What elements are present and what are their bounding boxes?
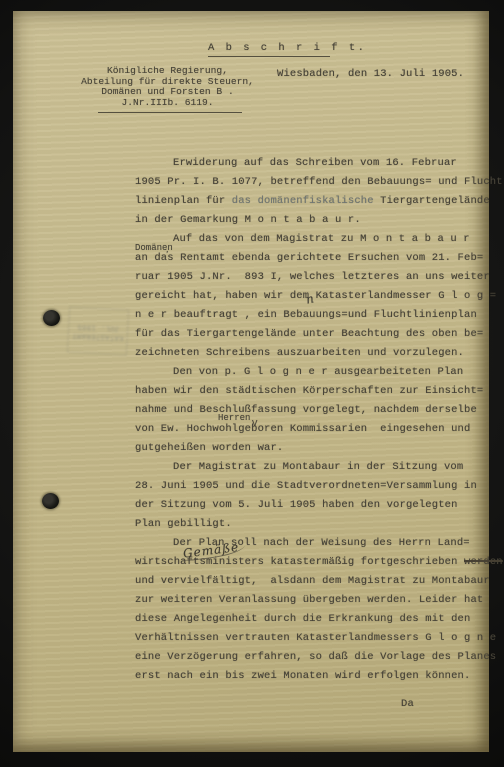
typed-line: Plan gebilligt.: [135, 515, 491, 534]
typed-line: gutgeheißen worden war.: [135, 439, 491, 458]
sender-line: Domänen und Forsten B .: [65, 87, 270, 98]
typed-line: in der Gemarkung M o n t a b a u r.: [135, 211, 491, 230]
sender-line: Königliche Regierung,: [65, 66, 270, 77]
typed-line: ruar 1905 J.Nr. 893 I, welches letzteres…: [135, 268, 491, 287]
body-text: Erwiderung auf das Schreiben vom 16. Feb…: [135, 154, 491, 686]
typed-line: Verhältnissen vertrauten Katasterlandmes…: [135, 629, 491, 648]
typed-line: der Sitzung vom 5. Juli 1905 haben den v…: [135, 496, 491, 515]
typed-line: Auf das von dem Magistrat zu M o n t a b…: [135, 230, 491, 249]
typed-line: und vervielfältigt, alsdann dem Magistra…: [135, 572, 491, 591]
punch-hole: [42, 493, 59, 509]
typed-line: nahme und Beschlußfassung vorgelegt, nac…: [135, 401, 491, 420]
sender-underline: [98, 112, 242, 113]
typed-line: 28. Juni 1905 und die Stadtverordneten=V…: [135, 477, 491, 496]
typed-line: erst nach ein bis zwei Monaten wird erfo…: [135, 667, 491, 686]
date-line: Wiesbaden, den 13. Juli 1905.: [277, 68, 464, 80]
typed-line: von Ew. Hochwohlgeboren Kommissarien ein…: [135, 420, 491, 439]
typed-line: n e r beauftragt , ein Bebauungs=und Flu…: [135, 306, 491, 325]
caret-mark: V: [252, 419, 257, 429]
document-page: A b s c h r i f t. Königliche Regierung,…: [13, 11, 489, 752]
typed-line: haben wir den städtischen Körperschaften…: [135, 382, 491, 401]
typed-line: linienplan für das domänenfiskalische Ti…: [135, 192, 491, 211]
typed-line: Der Magistrat zu Montabaur in der Sitzun…: [135, 458, 491, 477]
typed-insertion-herren: Herren: [218, 413, 250, 423]
typed-line: an das Rentamt ebenda gerichtete Ersuche…: [135, 249, 491, 268]
typed-line: eine Verzögerung erfahren, so daß die Vo…: [135, 648, 491, 667]
catchword: Da: [401, 698, 414, 710]
document-title: A b s c h r i f t.: [208, 42, 330, 57]
sender-line: J.Nr.IIIb. 6119.: [65, 98, 270, 109]
typed-line: 1905 Pr. I. B. 1077, betreffend den Beba…: [135, 173, 491, 192]
typed-line: zur weiteren Veranlassung übergeben werd…: [135, 591, 491, 610]
typed-line: für das Tiergartengelände unter Beachtun…: [135, 325, 491, 344]
sender-address-block: Königliche Regierung,Abteilung für direk…: [65, 66, 270, 108]
punch-hole: [43, 310, 60, 326]
typed-line: Den von p. G l o g n e r ausgearbeiteten…: [135, 363, 491, 382]
receipt-stamp: KATASTERAMT JUL. 1905: [67, 306, 129, 355]
typed-line: Erwiderung auf das Schreiben vom 16. Feb…: [135, 154, 491, 173]
typed-line: zeichneten Schreibens auszuarbeiten und …: [135, 344, 491, 363]
typed-line: diese Angelegenheit durch die Erkrankung…: [135, 610, 491, 629]
